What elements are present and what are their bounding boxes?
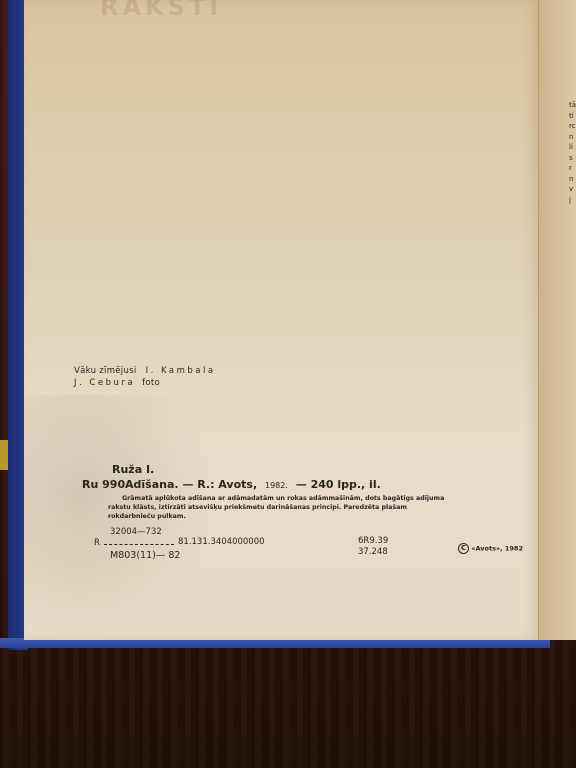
- cover-label: Vāku zīmējusi: [74, 366, 137, 376]
- facing-page-line: r: [569, 163, 576, 174]
- fraction-bottom: M803(11)— 82: [110, 550, 180, 561]
- facing-page-line: j: [569, 195, 576, 206]
- photo-author: J. Cebura: [74, 378, 135, 388]
- facing-page-line: s: [569, 153, 576, 164]
- call-number: Ru 990: [82, 478, 125, 491]
- catalog-title-line: Adīšana. — R.: Avots, 1982. — 240 lpp., …: [125, 478, 381, 491]
- facing-page-line: n: [569, 132, 576, 143]
- facing-page-line: n: [569, 174, 576, 185]
- catalog-author: Ruža I.: [112, 463, 154, 476]
- facing-page: [538, 0, 576, 640]
- catalog-description: Grāmatā aplūkota adīšana ar adāmadatām u…: [108, 494, 448, 521]
- facing-page-text: tātircnlisrnvj: [569, 100, 576, 205]
- class-code-1: 6R9.39: [358, 536, 388, 546]
- r-letter: R: [94, 538, 100, 548]
- cover-credit: Vāku zīmējusi I. Kambala: [74, 366, 216, 376]
- title-entry: Adīšana. — R.: Avots,: [125, 478, 257, 491]
- facing-page-line: ti: [569, 111, 576, 122]
- facing-page-line: li: [569, 142, 576, 153]
- fraction-top: 32004—732: [110, 527, 162, 537]
- cover-artist: I. Kambala: [146, 366, 216, 376]
- facing-page-line: rc: [569, 121, 576, 132]
- page-count: — 240 lpp., il.: [296, 478, 381, 491]
- fraction-bar: [104, 544, 174, 545]
- bleed-through-title: RAKSTI: [100, 0, 480, 22]
- copyright-notice: C «Avots», 1982: [458, 543, 523, 554]
- photo-credit: J. Cebura foto: [74, 378, 160, 388]
- cover-accent: [0, 440, 8, 470]
- facing-page-line: tā: [569, 100, 576, 111]
- copyright-text: «Avots», 1982: [471, 545, 523, 553]
- publication-year: 1982.: [265, 481, 288, 490]
- copyright-icon: C: [458, 543, 469, 554]
- facing-page-line: v: [569, 184, 576, 195]
- fraction-code: 81.131.3404000000: [178, 537, 265, 547]
- class-code-2: 37.248: [358, 547, 388, 557]
- photo-label: foto: [142, 378, 160, 388]
